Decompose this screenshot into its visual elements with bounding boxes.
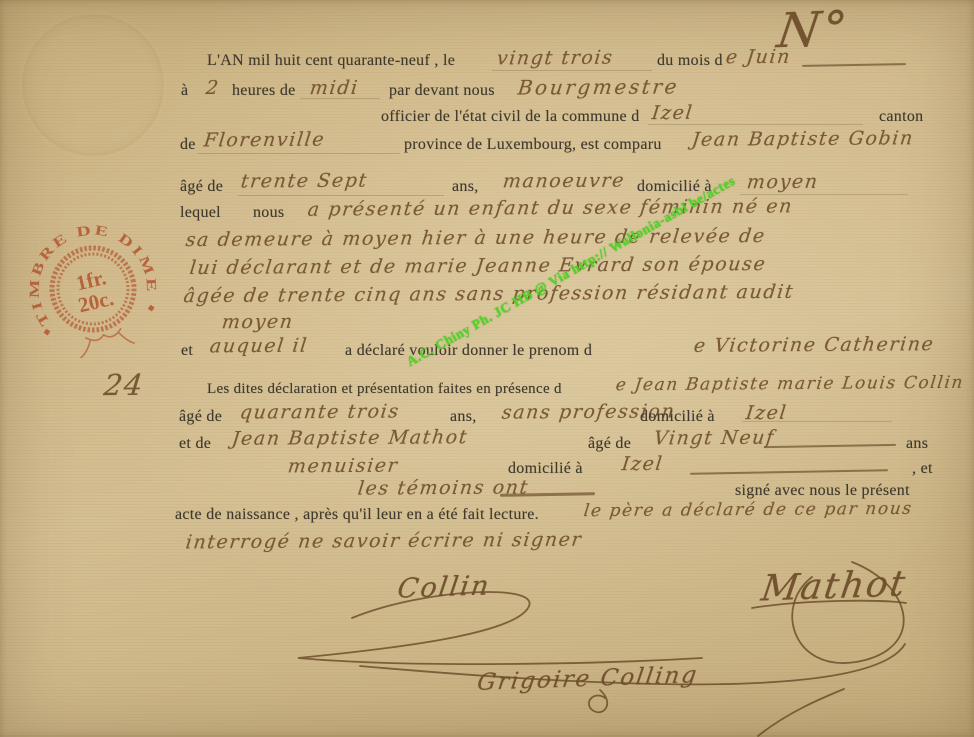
printed-text: ans, xyxy=(452,178,479,196)
handwritten-age: trente Sept xyxy=(240,170,369,193)
handwritten-declarant-name: Jean Baptiste Gobin xyxy=(691,127,916,151)
collin-flourish xyxy=(298,592,702,664)
handwritten-commune: Izel xyxy=(651,102,695,124)
handwritten-hour: 2 xyxy=(205,77,221,99)
printed-text: lequel xyxy=(180,204,221,222)
handwritten-officer-title: Bourgmestre xyxy=(517,74,681,99)
handwritten-witness1-name: e Jean Baptiste marie Louis Collin xyxy=(615,373,965,395)
handwritten-witness1-age: quarante trois xyxy=(239,400,401,423)
printed-text: nous xyxy=(253,204,284,222)
printed-text: de xyxy=(180,136,196,154)
handwritten-text: moyen xyxy=(221,311,295,333)
printed-text: province de Luxembourg, est comparu xyxy=(404,136,662,154)
handwritten-text: lui déclarant et de marie Jeanne Evrard … xyxy=(188,253,767,279)
printed-text: par devant nous xyxy=(389,82,495,100)
signature-mathot: Mathot xyxy=(759,563,910,609)
grigoire-flourish xyxy=(589,690,607,712)
handwritten-witness1-residence: Izel xyxy=(745,402,789,424)
printed-text: L'AN mil huit cent quarante-neuf , le xyxy=(207,52,455,70)
handwritten-occupation: manoeuvre xyxy=(502,170,627,193)
signature-collin: Collin xyxy=(396,570,493,604)
printed-text: âgé de xyxy=(179,408,222,426)
printed-text: domicilié à xyxy=(640,408,715,426)
printed-text: à xyxy=(181,82,188,100)
printed-text: , et xyxy=(912,460,933,478)
handwritten-text: le père a déclaré de ce par nous xyxy=(583,499,914,521)
handwritten-canton: Florenville xyxy=(203,129,327,152)
handwritten-month: e Juin xyxy=(725,46,793,68)
handwritten-text: âgée de trente cinq ans sans profession … xyxy=(182,281,795,307)
handwritten-declaration: a présenté un enfant du sexe féminin né … xyxy=(307,195,795,220)
printed-text: et xyxy=(181,342,193,360)
printed-text: ans xyxy=(906,435,928,453)
printed-text: âgé de xyxy=(588,435,631,453)
handwritten-child-name: e Victorine Catherine xyxy=(693,333,936,357)
printed-text: officier de l'état civil de la commune d xyxy=(381,108,640,126)
handwritten-witness2-age: Vingt Neuf xyxy=(653,427,776,450)
birth-certificate-scan: TIMBRE DE DIMENSION ◆ ◆ 1fr. 20c. N° 24 … xyxy=(0,0,974,737)
handwritten-time-of-day: midi xyxy=(309,77,360,99)
act-number: 24 xyxy=(102,368,146,402)
handwritten-text: sa demeure à moyen hier à une heure de r… xyxy=(184,225,767,251)
handwritten-text: auquel il xyxy=(209,335,310,358)
handwritten-witness2-occupation: menuisier xyxy=(287,455,400,478)
handwritten-day: vingt trois xyxy=(496,47,615,70)
handwritten-text: les témoins ont xyxy=(357,476,531,499)
printed-text: acte de naissance , après qu'il leur en … xyxy=(175,506,539,524)
printed-text: signé avec nous le présent xyxy=(735,482,910,500)
handwritten-text: interrogé ne savoir écrire ni signer xyxy=(185,529,584,554)
bottom-right-stroke xyxy=(758,689,844,736)
printed-text: âgé de xyxy=(180,178,223,196)
handwritten-witness2-name: Jean Baptiste Mathot xyxy=(231,426,470,450)
printed-text: du mois d xyxy=(657,52,723,70)
printed-text: domicilié à xyxy=(508,460,583,478)
handwritten-residence: moyen xyxy=(746,171,820,193)
handwritten-witness2-residence: Izel xyxy=(621,453,665,475)
printed-text: a déclaré vouloir donner le prenom d xyxy=(345,342,592,360)
printed-text: canton xyxy=(879,108,923,126)
printed-text: et de xyxy=(179,435,211,453)
printed-text: Les dites déclaration et présentation fa… xyxy=(207,381,562,398)
printed-text: ans, xyxy=(450,408,477,426)
printed-text: heures de xyxy=(232,82,296,100)
